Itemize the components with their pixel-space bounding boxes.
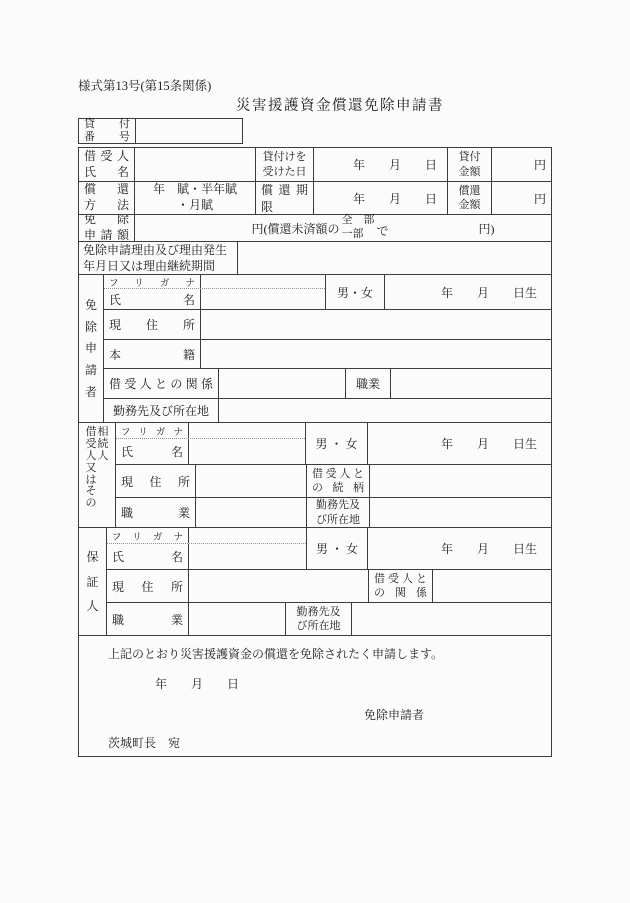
heir-relation-label: 借受人と の続柄	[307, 465, 370, 497]
exemption-prefix: 円(償還未済額の	[251, 220, 339, 237]
guarantor-occupation-row: 職業 勤務先及 び所在地	[107, 603, 551, 635]
borrower-row: 借受人 氏名 貸付けを 受けた日 年 月 日 貸付 金額 円	[79, 148, 551, 182]
guarantor-furigana-subrow: フリガナ	[107, 528, 306, 544]
loan-number-label-line2: 番号	[79, 131, 135, 144]
applicant-section: 免除申請者 フリガナ 氏名	[79, 275, 551, 423]
guarantor-occupation-label: 職業	[107, 603, 189, 635]
guarantor-birthdate-field: 年 月 日生	[368, 528, 551, 569]
guarantor-name-subrow: 氏名	[107, 544, 306, 569]
guarantor-address-row: 現住所 借受人と の関係	[107, 570, 551, 603]
year-unit: 年	[353, 190, 365, 207]
day-unit: 日	[425, 156, 437, 173]
repayment-method-label: 償還 方法	[79, 182, 135, 214]
borrower-name-label: 借受人 氏名	[79, 148, 135, 181]
application-date-field: 年 月 日	[155, 675, 239, 692]
applicant-name-block: フリガナ 氏名	[104, 275, 326, 309]
applicant-workplace-label: 勤務先及び所在地	[104, 399, 219, 422]
guarantor-subtable: フリガナ 氏名 男 ・ 女	[107, 528, 551, 635]
guarantor-side-label: 保証人	[79, 528, 107, 635]
heir-name-label: 氏名	[116, 439, 189, 464]
applicant-name-subrow: 氏名	[104, 289, 325, 309]
guarantor-name-label: 氏名	[107, 544, 189, 569]
addressee-text: 茨城町長 宛	[108, 734, 180, 751]
guarantor-furigana-label: フリガナ	[107, 528, 189, 543]
guarantor-relation-value	[433, 570, 551, 602]
exemption-all-or-part: 全 部 一部	[341, 214, 374, 242]
exemption-amount-value: 円(償還未済額の 全 部 一部 で 円)	[135, 215, 551, 241]
loan-number-label-line1: 貸付	[79, 118, 135, 131]
applicant-occupation-value	[391, 369, 551, 398]
heir-birthdate-field: 年 月 日生	[368, 423, 551, 464]
guarantor-address-value	[189, 570, 369, 602]
applicant-side-label: 免除申請者	[79, 275, 104, 422]
loan-amount-label: 貸付 金額	[448, 148, 492, 181]
repayment-method-row: 償還 方法 年 賦・半年賦 ・月賦 償還期限 年 月 日 償還 金額 円	[79, 182, 551, 215]
heir-workplace-value	[370, 498, 551, 527]
loan-number-value	[136, 119, 242, 143]
option-part: 一部	[341, 228, 374, 242]
heir-name-subrow: 氏名	[116, 439, 305, 464]
heir-name-row: フリガナ 氏名 男 ・ 女	[116, 423, 551, 465]
yen-unit: 円	[534, 190, 546, 207]
exemption-particle: で	[376, 222, 388, 241]
applicant-sex-field: 男・女	[326, 275, 385, 309]
loan-date-label: 貸付けを 受けた日	[256, 148, 314, 181]
repayment-amount-label: 償還 金額	[448, 182, 492, 214]
applicant-domicile-row: 本籍	[104, 340, 551, 369]
guarantor-occupation-value	[189, 603, 286, 635]
applicant-relation-label: 借受人との関係	[104, 369, 219, 398]
form-title: 災害援護資金償還免除申請書	[0, 94, 630, 115]
year-unit: 年	[353, 156, 365, 173]
guarantor-address-label: 現住所	[107, 570, 189, 602]
guarantor-workplace-value	[352, 603, 551, 635]
guarantor-sex-field: 男 ・ 女	[307, 528, 368, 569]
guarantor-section: 保証人 フリガナ 氏名	[79, 528, 551, 636]
month-unit: 月	[389, 156, 401, 173]
applicant-name-label: 氏名	[104, 289, 201, 309]
exemption-reason-row: 免除申請理由及び理由発生 年月日又は理由継続期間	[79, 242, 551, 275]
heir-name-block: フリガナ 氏名	[116, 423, 306, 464]
applicant-furigana-label: フリガナ	[104, 275, 201, 288]
heir-sex-field: 男 ・ 女	[306, 423, 368, 464]
applicant-relation-row: 借受人との関係 職業	[104, 369, 551, 399]
guarantor-relation-label: 借受人と の関係	[369, 570, 433, 602]
form-page: 様式第13号(第15条関係) 災害援護資金償還免除申請書 貸付 番号 借受人 氏…	[0, 0, 630, 903]
declaration-text: 上記のとおり災害援護資金の償還を免除されたく申請します。	[108, 645, 443, 662]
applicant-birthdate-field: 年 月 日生	[385, 275, 551, 309]
applicant-subtable: フリガナ 氏名 男・女	[104, 275, 551, 422]
applicant-address-value	[201, 310, 551, 339]
applicant-relation-value	[219, 369, 346, 398]
repayment-deadline-label: 償還期限	[256, 182, 314, 214]
applicant-domicile-value	[201, 340, 551, 368]
exemption-reason-value	[238, 242, 551, 274]
applicant-domicile-label: 本籍	[104, 340, 201, 368]
repayment-method-options: 年 賦・半年賦 ・月賦	[135, 182, 256, 214]
heir-address-value	[196, 465, 307, 497]
guarantor-name-block: フリガナ 氏名	[107, 528, 307, 569]
guarantor-workplace-label: 勤務先及 び所在地	[286, 603, 352, 635]
applicant-address-row: 現住所	[104, 310, 551, 340]
heir-relation-value	[370, 465, 551, 497]
loan-number-box: 貸付 番号	[78, 118, 243, 144]
repayment-amount-value: 円	[492, 182, 551, 214]
repayment-deadline-value: 年 月 日	[314, 182, 448, 214]
heir-address-label: 現住所	[116, 465, 196, 497]
declaration-block: 上記のとおり災害援護資金の償還を免除されたく申請します。 年 月 日 免除申請者…	[79, 636, 551, 756]
applicant-workplace-value	[219, 399, 551, 422]
heir-furigana-subrow: フリガナ	[116, 423, 305, 439]
exemption-amount-row: 免除 申請額 円(償還未済額の 全 部 一部 で 円)	[79, 215, 551, 242]
option-all: 全 部	[341, 214, 374, 228]
month-unit: 月	[389, 190, 401, 207]
heir-subtable: フリガナ 氏名 男 ・ 女	[116, 423, 551, 527]
heir-furigana-label: フリガナ	[116, 423, 189, 438]
applicant-signature-label: 免除申請者	[364, 706, 424, 723]
day-unit: 日	[425, 190, 437, 207]
heir-side-label: 借受人又はその 相続人	[79, 423, 116, 527]
heir-address-row: 現住所 借受人と の続柄	[116, 465, 551, 498]
borrower-name-value	[135, 148, 256, 181]
yen-unit: 円	[534, 156, 546, 173]
form-number: 様式第13号(第15条関係)	[78, 76, 211, 94]
heir-occupation-row: 職業 勤務先及 び所在地	[116, 498, 551, 527]
applicant-furigana-subrow: フリガナ	[104, 275, 325, 289]
loan-number-label: 貸付 番号	[79, 119, 136, 143]
form-table: 借受人 氏名 貸付けを 受けた日 年 月 日 貸付 金額 円	[78, 147, 552, 757]
exemption-suffix: 円)	[479, 220, 495, 237]
applicant-workplace-row: 勤務先及び所在地	[104, 399, 551, 422]
heir-occupation-value	[196, 498, 307, 527]
exemption-amount-label: 免除 申請額	[79, 215, 135, 241]
heir-occupation-label: 職業	[116, 498, 196, 527]
exemption-reason-label: 免除申請理由及び理由発生 年月日又は理由継続期間	[79, 242, 238, 274]
applicant-occupation-label: 職業	[346, 369, 391, 398]
heir-section: 借受人又はその 相続人 フリガナ 氏名	[79, 423, 551, 528]
guarantor-name-row: フリガナ 氏名 男 ・ 女	[107, 528, 551, 570]
applicant-address-label: 現住所	[104, 310, 201, 339]
heir-workplace-label: 勤務先及 び所在地	[307, 498, 370, 527]
applicant-name-row: フリガナ 氏名 男・女	[104, 275, 551, 310]
loan-date-value: 年 月 日	[314, 148, 448, 181]
loan-amount-value: 円	[492, 148, 551, 181]
